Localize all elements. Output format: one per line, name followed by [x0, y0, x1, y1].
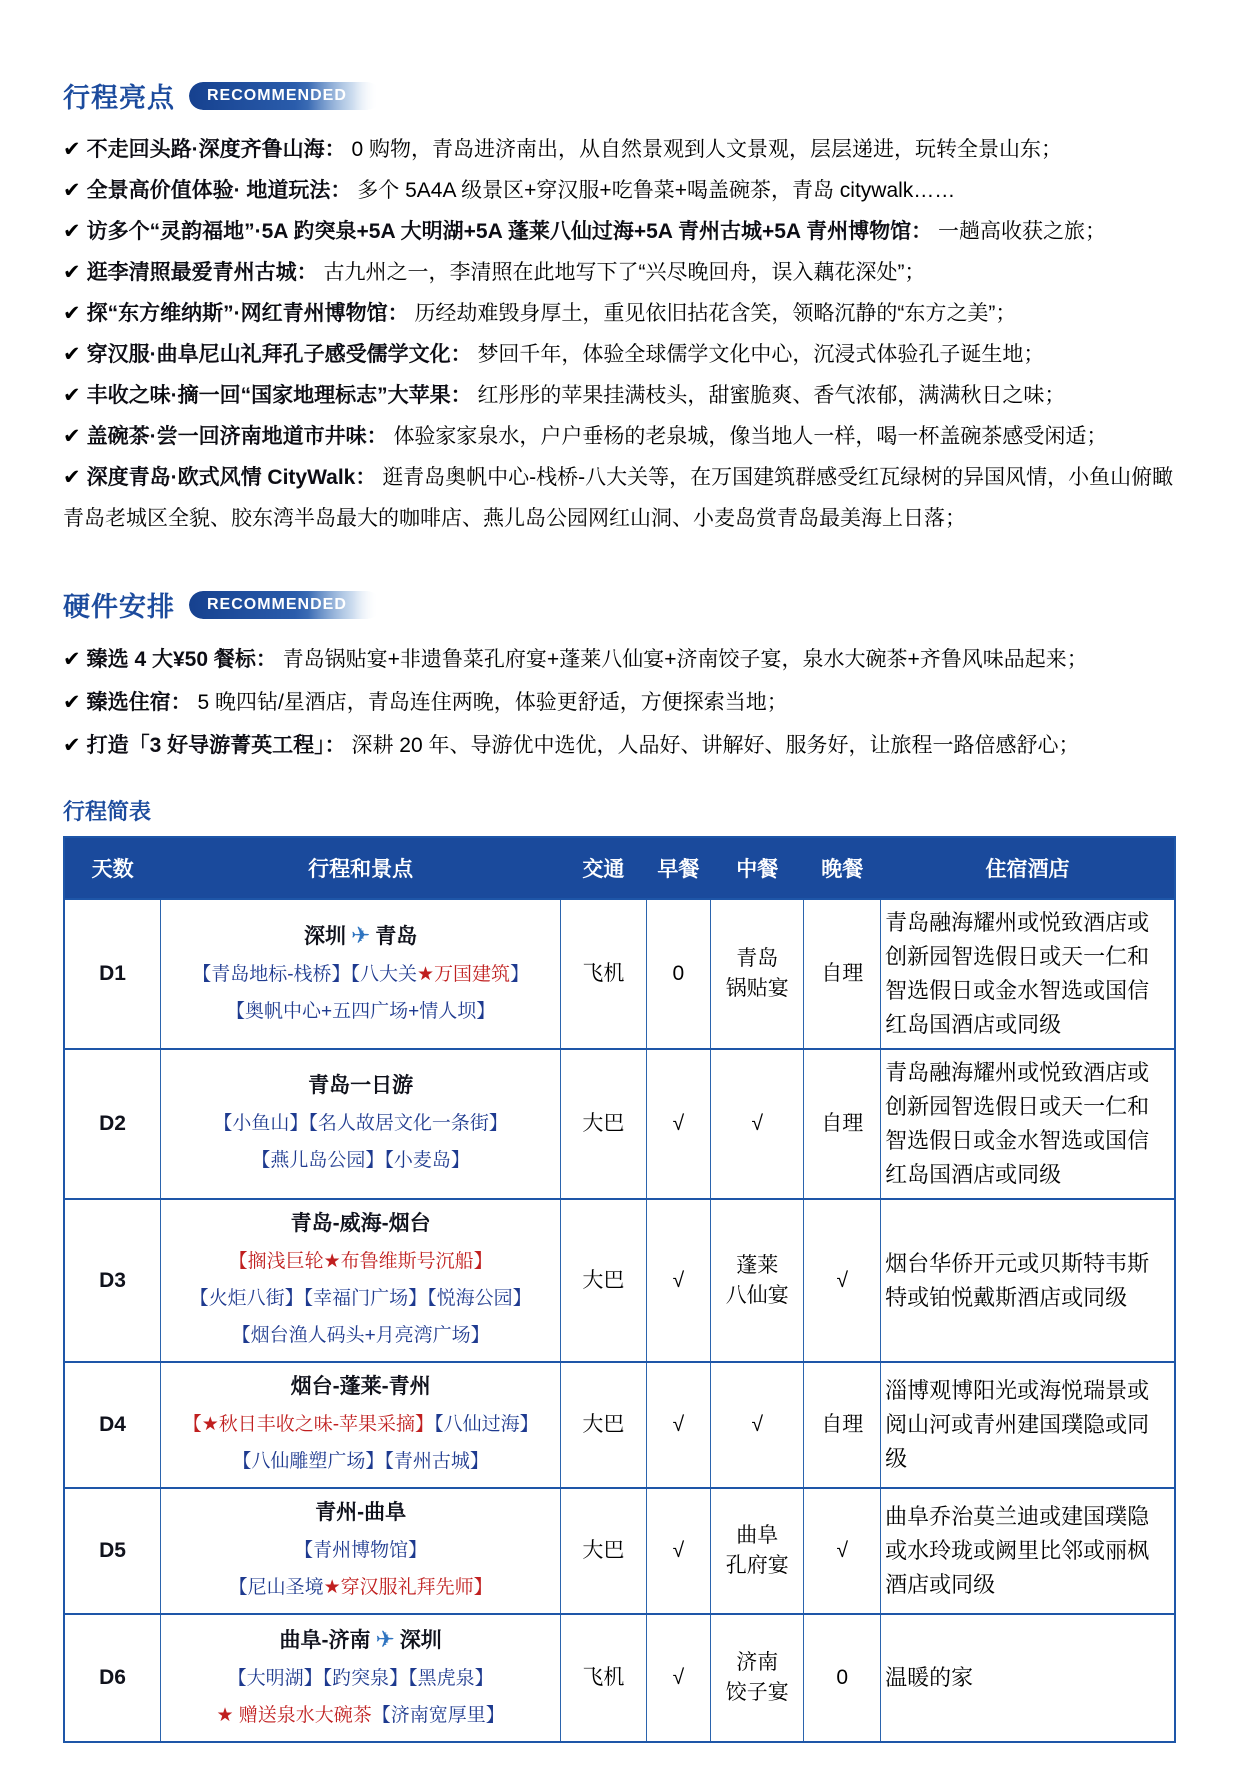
breakfast-cell: √ [646, 1614, 710, 1742]
check-icon: ✔ [63, 466, 81, 489]
transport-cell: 大巴 [561, 1362, 647, 1488]
highlight-text: 【搁浅巨轮★布鲁维斯号沉船】 [229, 1251, 493, 1272]
transport-cell: 大巴 [561, 1049, 647, 1199]
recommended-badge: RECOMMENDED [189, 591, 381, 619]
plane-icon: ✈ [346, 922, 375, 948]
itinerary-cell: 青岛-威海-烟台【搁浅巨轮★布鲁维斯号沉船】【火炬八街】【幸福门广场】【悦海公园… [161, 1199, 561, 1362]
day-cell: D3 [64, 1199, 161, 1362]
spot-text: 【烟台渔人码头+月亮湾广场】 [232, 1325, 490, 1346]
bullet-text: 体验家家泉水，户户垂杨的老泉城，像当地人一样，喝一杯盖碗茶感受闲适； [393, 425, 1107, 448]
route-title: 青岛-威海-烟台 [291, 1212, 431, 1235]
itinerary-line: ★ 赠送泉水大碗茶【济南宽厚里】 [165, 1698, 556, 1735]
itinerary-table-section: 行程简表 天数行程和景点交通早餐中餐晚餐住宿酒店 D1深圳✈青岛【青岛地标-栈桥… [63, 795, 1176, 1743]
check-icon: ✔ [63, 302, 81, 325]
hotel-cell: 烟台华侨开元或贝斯特韦斯特或铂悦戴斯酒店或同级 [881, 1199, 1175, 1362]
bullet-lead: 探“东方维纳斯”·网红青州博物馆： [87, 302, 415, 325]
bullet-text: 红彤彤的苹果挂满枝头，甜蜜脆爽、香气浓郁，满满秋日之味； [477, 384, 1065, 407]
itinerary-line: 【小鱼山】【名人故居文化一条街】 [165, 1106, 556, 1143]
bullet-text: 多个 5A4A 级景区+穿汉服+吃鲁菜+喝盖碗茶，青岛 citywalk…… [357, 179, 955, 202]
breakfast-cell: 0 [646, 899, 710, 1049]
spot-text: 】 [510, 964, 529, 985]
bullet-text: 梦回千年，体验全球儒学文化中心，沉浸式体验孔子诞生地； [477, 343, 1044, 366]
bullet-lead: 逛李清照最爱青州古城： [87, 261, 324, 284]
check-icon: ✔ [63, 734, 81, 757]
highlight-text: ★穿汉服礼拜先师】 [324, 1577, 493, 1598]
breakfast-cell: √ [646, 1049, 710, 1199]
column-header: 交通 [561, 837, 647, 899]
itinerary-line: 【燕儿岛公园】【小麦岛】 [165, 1143, 556, 1180]
spot-text: 【小鱼山】【名人故居文化一条街】 [213, 1113, 508, 1134]
itinerary-line: 曲阜-济南✈深圳 [165, 1621, 556, 1661]
highlights-title: 行程亮点 [63, 76, 175, 115]
table-row: D6曲阜-济南✈深圳【大明湖】【趵突泉】【黑虎泉】★ 赠送泉水大碗茶【济南宽厚里… [64, 1614, 1175, 1742]
itinerary-line: 青岛-威海-烟台 [165, 1206, 556, 1244]
bullet-lead: 深度青岛·欧式风情 CityWalk： [87, 466, 383, 489]
itinerary-line: 青岛一日游 [165, 1068, 556, 1106]
route-title: 深圳 [304, 925, 346, 948]
breakfast-cell: √ [646, 1362, 710, 1488]
bullet-text: 历经劫难毁身厚土，重见依旧拈花含笑，领略沉静的“东方之美”； [414, 302, 1016, 325]
hardware-list: ✔臻选 4 大¥50 餐标： 青岛锅贴宴+非遗鲁菜孔府宴+蓬莱八仙宴+济南饺子宴… [63, 638, 1176, 767]
bullet-lead: 臻选住宿： [87, 691, 198, 714]
bullet-text: 0 购物，青岛进济南出，从自然景观到人文景观，层层递进，玩转全景山东； [351, 138, 1062, 161]
check-icon: ✔ [63, 425, 81, 448]
dinner-cell: 自理 [804, 1362, 881, 1488]
itinerary-line: 【烟台渔人码头+月亮湾广场】 [165, 1318, 556, 1355]
bullet-lead: 臻选 4 大¥50 餐标： [87, 648, 283, 671]
day-cell: D6 [64, 1614, 161, 1742]
route-title: 青岛一日游 [308, 1074, 413, 1097]
check-icon: ✔ [63, 648, 81, 671]
itinerary-cell: 烟台-蓬莱-青州【★秋日丰收之味-苹果采摘】【八仙过海】【八仙雕塑广场】【青州古… [161, 1362, 561, 1488]
column-header: 早餐 [646, 837, 710, 899]
column-header: 行程和景点 [161, 837, 561, 899]
itinerary-table-title: 行程简表 [63, 795, 1176, 826]
transport-cell: 飞机 [561, 1614, 647, 1742]
spot-text: 【大明湖】【趵突泉】【黑虎泉】 [228, 1668, 494, 1689]
table-row: D5青州-曲阜【青州博物馆】【尼山圣境★穿汉服礼拜先师】大巴√曲阜 孔府宴√曲阜… [64, 1488, 1175, 1614]
hotel-cell: 青岛融海耀州或悦致酒店或创新园智选假日或天一仁和智选假日或金水智选或国信红岛国酒… [881, 1049, 1175, 1199]
lunch-cell: 蓬莱 八仙宴 [711, 1199, 804, 1362]
lunch-cell: 青岛 锅贴宴 [711, 899, 804, 1049]
breakfast-cell: √ [646, 1488, 710, 1614]
dinner-cell: 自理 [804, 899, 881, 1049]
itinerary-page: 行程亮点 RECOMMENDED ✔不走回头路·深度齐鲁山海： 0 购物，青岛进… [0, 0, 1236, 1783]
lunch-cell: 济南 饺子宴 [711, 1614, 804, 1742]
highlight-item: ✔穿汉服·曲阜尼山礼拜孔子感受儒学文化： 梦回千年，体验全球儒学文化中心，沉浸式… [63, 334, 1176, 375]
spot-text: 【八仙过海】 [434, 1414, 539, 1435]
highlight-item: ✔逛李清照最爱青州古城： 古九州之一，李清照在此地写下了“兴尽晚回舟，误入藕花深… [63, 252, 1176, 293]
day-cell: D2 [64, 1049, 161, 1199]
dinner-cell: 0 [804, 1614, 881, 1742]
check-icon: ✔ [63, 220, 81, 243]
transport-cell: 大巴 [561, 1199, 647, 1362]
day-cell: D4 [64, 1362, 161, 1488]
day-cell: D1 [64, 899, 161, 1049]
bullet-lead: 穿汉服·曲阜尼山礼拜孔子感受儒学文化： [87, 343, 478, 366]
transport-cell: 飞机 [561, 899, 647, 1049]
hardware-title: 硬件安排 [63, 585, 175, 624]
spot-text: 【八仙雕塑广场】【青州古城】 [232, 1451, 489, 1472]
plane-icon: ✈ [370, 1626, 399, 1652]
itinerary-line: 【★秋日丰收之味-苹果采摘】【八仙过海】 [165, 1407, 556, 1444]
bullet-lead: 访多个“灵韵福地”·5A 趵突泉+5A 大明湖+5A 蓬莱八仙过海+5A 青州古… [87, 220, 938, 243]
route-title: 烟台-蓬莱-青州 [291, 1375, 431, 1398]
column-header: 中餐 [711, 837, 804, 899]
itinerary-cell: 曲阜-济南✈深圳【大明湖】【趵突泉】【黑虎泉】★ 赠送泉水大碗茶【济南宽厚里】 [161, 1614, 561, 1742]
bullet-lead: 不走回头路·深度齐鲁山海： [87, 138, 352, 161]
hotel-cell: 温暖的家 [881, 1614, 1175, 1742]
itinerary-cell: 青州-曲阜【青州博物馆】【尼山圣境★穿汉服礼拜先师】 [161, 1488, 561, 1614]
itinerary-line: 【八仙雕塑广场】【青州古城】 [165, 1444, 556, 1481]
transport-cell: 大巴 [561, 1488, 647, 1614]
lunch-cell: √ [711, 1362, 804, 1488]
check-icon: ✔ [63, 179, 81, 202]
table-row: D4烟台-蓬莱-青州【★秋日丰收之味-苹果采摘】【八仙过海】【八仙雕塑广场】【青… [64, 1362, 1175, 1488]
itinerary-line: 【大明湖】【趵突泉】【黑虎泉】 [165, 1661, 556, 1698]
highlight-item: ✔全景高价值体验· 地道玩法： 多个 5A4A 级景区+穿汉服+吃鲁菜+喝盖碗茶… [63, 170, 1176, 211]
hardware-section: 硬件安排 RECOMMENDED ✔臻选 4 大¥50 餐标： 青岛锅贴宴+非遗… [63, 585, 1176, 767]
check-icon: ✔ [63, 691, 81, 714]
column-header: 住宿酒店 [881, 837, 1175, 899]
highlight-item: ✔丰收之味·摘一回“国家地理标志”大苹果： 红彤彤的苹果挂满枝头，甜蜜脆爽、香气… [63, 375, 1176, 416]
dinner-cell: √ [804, 1199, 881, 1362]
highlight-text: 【★秋日丰收之味-苹果采摘】 [183, 1414, 434, 1435]
route-title: 曲阜-济南 [279, 1629, 370, 1652]
day-cell: D5 [64, 1488, 161, 1614]
highlight-item: ✔深度青岛·欧式风情 CityWalk： 逛青岛奥帆中心-栈桥-八大关等，在万国… [63, 457, 1176, 539]
check-icon: ✔ [63, 384, 81, 407]
itinerary-line: 【火炬八街】【幸福门广场】【悦海公园】 [165, 1281, 556, 1318]
table-header-row: 天数行程和景点交通早餐中餐晚餐住宿酒店 [64, 837, 1175, 899]
itinerary-line: 烟台-蓬莱-青州 [165, 1369, 556, 1407]
hardware-header: 硬件安排 RECOMMENDED [63, 585, 1176, 624]
itinerary-line: 【尼山圣境★穿汉服礼拜先师】 [165, 1570, 556, 1607]
table-row: D3青岛-威海-烟台【搁浅巨轮★布鲁维斯号沉船】【火炬八街】【幸福门广场】【悦海… [64, 1199, 1175, 1362]
recommended-badge: RECOMMENDED [189, 82, 381, 110]
hotel-cell: 青岛融海耀州或悦致酒店或创新园智选假日或天一仁和智选假日或金水智选或国信红岛国酒… [881, 899, 1175, 1049]
itinerary-cell: 深圳✈青岛【青岛地标-栈桥】【八大关★万国建筑】【奥帆中心+五四广场+情人坝】 [161, 899, 561, 1049]
check-icon: ✔ [63, 343, 81, 366]
check-icon: ✔ [63, 138, 81, 161]
itinerary-line: 深圳✈青岛 [165, 917, 556, 957]
bullet-text: 一趟高收获之旅； [938, 220, 1106, 243]
hardware-item: ✔臻选 4 大¥50 餐标： 青岛锅贴宴+非遗鲁菜孔府宴+蓬莱八仙宴+济南饺子宴… [63, 638, 1176, 681]
bullet-text: 深耕 20 年、导游优中选优，人品好、讲解好、服务好，让旅程一路倍感舒心； [351, 734, 1079, 757]
highlight-item: ✔盖碗茶·尝一回济南地道市井味： 体验家家泉水，户户垂杨的老泉城，像当地人一样，… [63, 416, 1176, 457]
hotel-cell: 曲阜乔治莫兰迪或建国璞隐或水玲珑或阙里比邻或丽枫酒店或同级 [881, 1488, 1175, 1614]
bullet-lead: 全景高价值体验· 地道玩法： [87, 179, 358, 202]
highlights-section: 行程亮点 RECOMMENDED ✔不走回头路·深度齐鲁山海： 0 购物，青岛进… [63, 76, 1176, 539]
table-row: D2青岛一日游【小鱼山】【名人故居文化一条街】【燕儿岛公园】【小麦岛】大巴√√自… [64, 1049, 1175, 1199]
dinner-cell: 自理 [804, 1049, 881, 1199]
check-icon: ✔ [63, 261, 81, 284]
bullet-lead: 打造「3 好导游菁英工程」： [87, 734, 352, 757]
bullet-text: 5 晚四钻/星酒店，青岛连住两晚，体验更舒适，方便探索当地； [197, 691, 787, 714]
route-title: 深圳 [400, 1629, 442, 1652]
spot-text: 【青州博物馆】 [294, 1540, 427, 1561]
spot-text: 【青岛地标-栈桥】【八大关 [192, 964, 417, 985]
itinerary-line: 青州-曲阜 [165, 1495, 556, 1533]
lunch-cell: 曲阜 孔府宴 [711, 1488, 804, 1614]
highlight-text: ★ 赠送泉水大碗茶 [216, 1705, 371, 1726]
hardware-item: ✔打造「3 好导游菁英工程」： 深耕 20 年、导游优中选优，人品好、讲解好、服… [63, 724, 1176, 767]
highlight-text: ★万国建筑 [417, 964, 510, 985]
highlight-item: ✔访多个“灵韵福地”·5A 趵突泉+5A 大明湖+5A 蓬莱八仙过海+5A 青州… [63, 211, 1176, 252]
table-row: D1深圳✈青岛【青岛地标-栈桥】【八大关★万国建筑】【奥帆中心+五四广场+情人坝… [64, 899, 1175, 1049]
bullet-text: 古九州之一，李清照在此地写下了“兴尽晚回舟，误入藕花深处”； [323, 261, 925, 284]
spot-text: 【火炬八街】【幸福门广场】【悦海公园】 [190, 1288, 532, 1309]
column-header: 天数 [64, 837, 161, 899]
highlights-list: ✔不走回头路·深度齐鲁山海： 0 购物，青岛进济南出，从自然景观到人文景观，层层… [63, 129, 1176, 539]
dinner-cell: √ [804, 1488, 881, 1614]
highlights-header: 行程亮点 RECOMMENDED [63, 76, 1176, 115]
bullet-text: 青岛锅贴宴+非遗鲁菜孔府宴+蓬莱八仙宴+济南饺子宴，泉水大碗茶+齐鲁风味品起来； [283, 648, 1088, 671]
itinerary-line: 【青岛地标-栈桥】【八大关★万国建筑】 [165, 957, 556, 994]
itinerary-line: 【青州博物馆】 [165, 1533, 556, 1570]
lunch-cell: √ [711, 1049, 804, 1199]
bullet-lead: 盖碗茶·尝一回济南地道市井味： [87, 425, 394, 448]
highlight-item: ✔不走回头路·深度齐鲁山海： 0 购物，青岛进济南出，从自然景观到人文景观，层层… [63, 129, 1176, 170]
column-header: 晚餐 [804, 837, 881, 899]
spot-text: 【奥帆中心+五四广场+情人坝】 [226, 1001, 495, 1022]
hotel-cell: 淄博观博阳光或海悦瑞景或阅山河或青州建国璞隐或同级 [881, 1362, 1175, 1488]
route-title: 青州-曲阜 [315, 1501, 406, 1524]
bullet-lead: 丰收之味·摘一回“国家地理标志”大苹果： [87, 384, 478, 407]
breakfast-cell: √ [646, 1199, 710, 1362]
itinerary-line: 【奥帆中心+五四广场+情人坝】 [165, 994, 556, 1031]
hardware-item: ✔臻选住宿： 5 晚四钻/星酒店，青岛连住两晚，体验更舒适，方便探索当地； [63, 681, 1176, 724]
highlight-item: ✔探“东方维纳斯”·网红青州博物馆： 历经劫难毁身厚土，重见依旧拈花含笑，领略沉… [63, 293, 1176, 334]
itinerary-cell: 青岛一日游【小鱼山】【名人故居文化一条街】【燕儿岛公园】【小麦岛】 [161, 1049, 561, 1199]
itinerary-line: 【搁浅巨轮★布鲁维斯号沉船】 [165, 1244, 556, 1281]
route-title: 青岛 [375, 925, 417, 948]
spot-text: 【燕儿岛公园】【小麦岛】 [251, 1150, 470, 1171]
spot-text: 【尼山圣境 [229, 1577, 324, 1598]
spot-text: 【济南宽厚里】 [372, 1705, 505, 1726]
itinerary-table: 天数行程和景点交通早餐中餐晚餐住宿酒店 D1深圳✈青岛【青岛地标-栈桥】【八大关… [63, 836, 1176, 1743]
